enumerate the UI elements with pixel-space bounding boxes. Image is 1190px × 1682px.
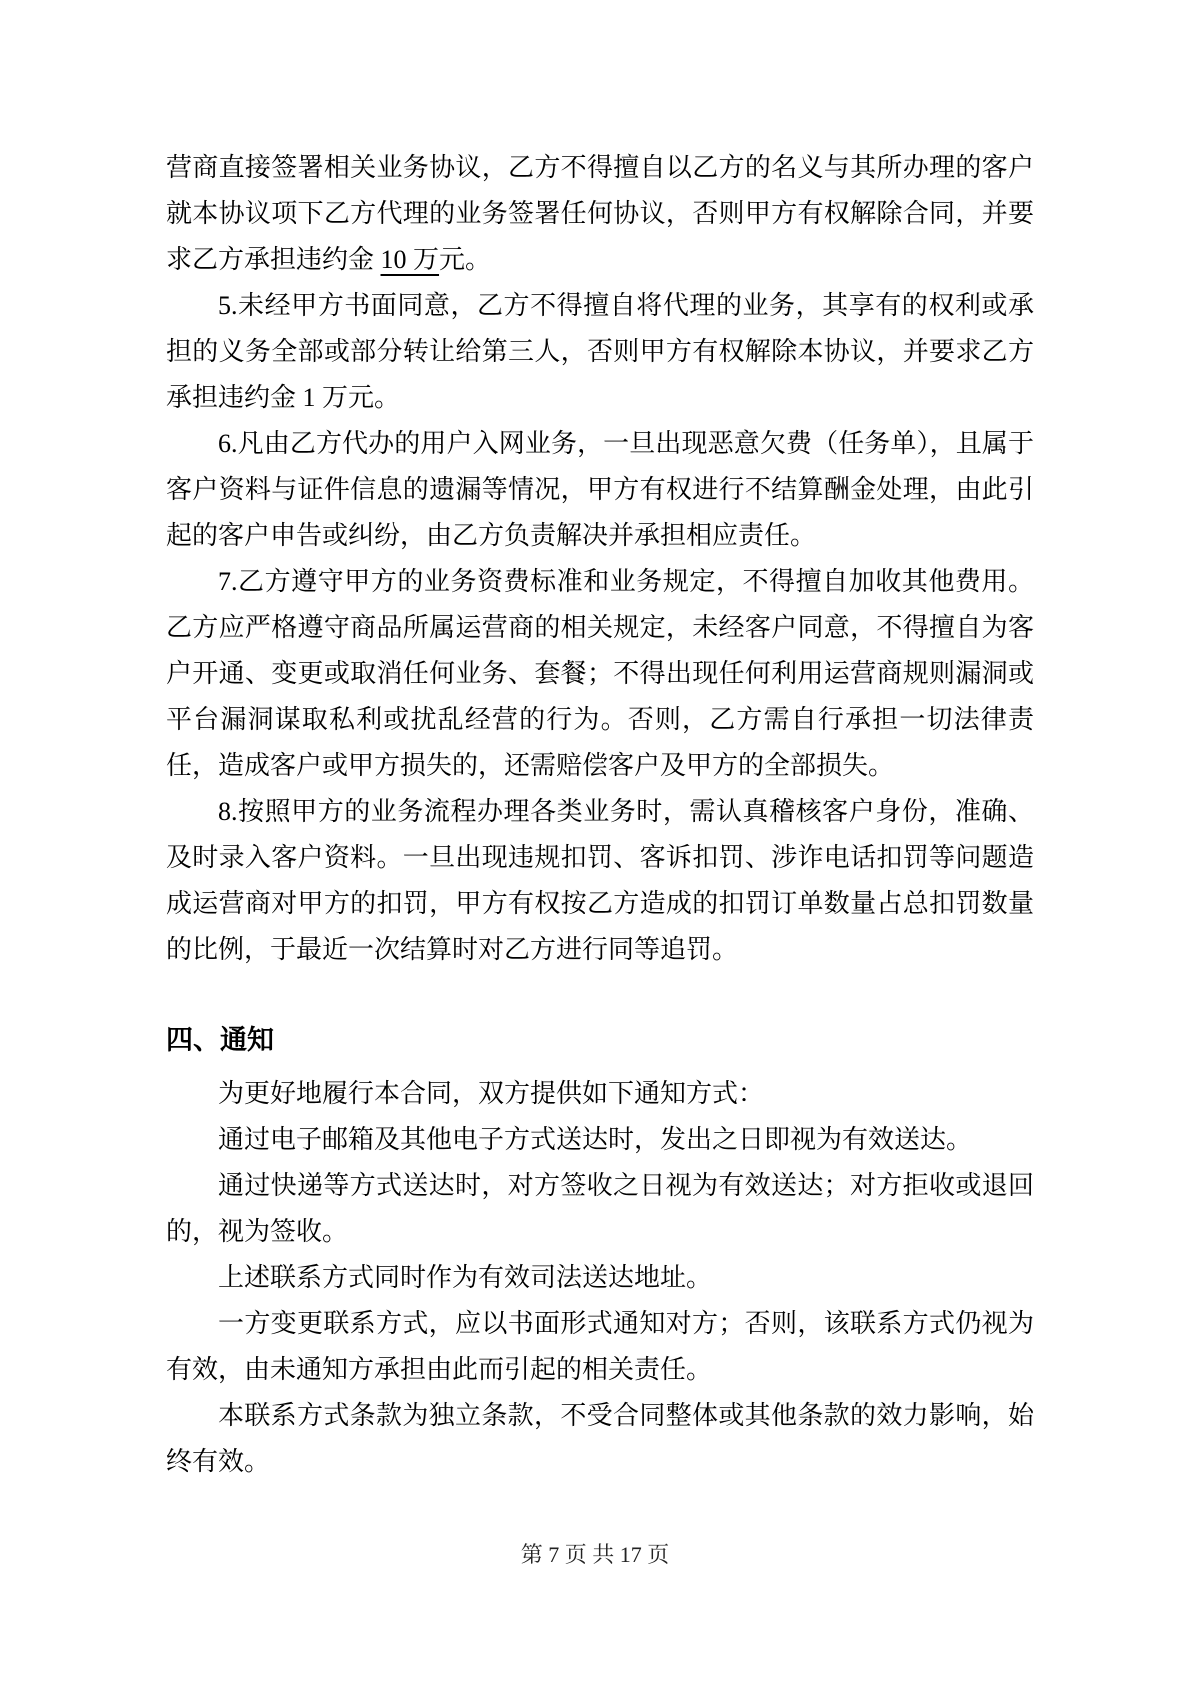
notice-paragraph-email: 通过电子邮箱及其他电子方式送达时，发出之日即视为有效送达。 (166, 1117, 1034, 1163)
notice-paragraph-courier: 通过快递等方式送达时，对方签收之日视为有效送达；对方拒收或退回的，视为签收。 (166, 1163, 1034, 1255)
section-heading-notice: 四、通知 (166, 1017, 1034, 1063)
clause-6: 6.凡由乙方代办的用户入网业务，一旦出现恶意欠费（任务单），且属于客户资料与证件… (166, 421, 1034, 559)
clause-7: 7.乙方遵守甲方的业务资费标准和业务规定，不得擅自加收其他费用。乙方应严格遵守商… (166, 559, 1034, 789)
paragraph-text-post: 元。 (439, 245, 491, 274)
notice-paragraph-judicial-address: 上述联系方式同时作为有效司法送达地址。 (166, 1255, 1034, 1301)
notice-paragraph-intro: 为更好地履行本合同，双方提供如下通知方式： (166, 1071, 1034, 1117)
contract-page: 营商直接签署相关业务协议，乙方不得擅自以乙方的名义与其所办理的客户就本协议项下乙… (0, 0, 1190, 1682)
paragraph-text-pre: 营商直接签署相关业务协议，乙方不得擅自以乙方的名义与其所办理的客户就本协议项下乙… (166, 153, 1034, 274)
page-footer: 第 7 页 共 17 页 (0, 1532, 1190, 1578)
continuation-paragraph: 营商直接签署相关业务协议，乙方不得擅自以乙方的名义与其所办理的客户就本协议项下乙… (166, 145, 1034, 283)
notice-paragraph-change-of-contact: 一方变更联系方式，应以书面形式通知对方；否则，该联系方式仍视为有效，由未通知方承… (166, 1301, 1034, 1393)
document-body: 营商直接签署相关业务协议，乙方不得擅自以乙方的名义与其所办理的客户就本协议项下乙… (166, 145, 1034, 1485)
page-number-label: 第 7 页 共 17 页 (521, 1542, 670, 1567)
clause-8: 8.按照甲方的业务流程办理各类业务时，需认真稽核客户身份，准确、及时录入客户资料… (166, 789, 1034, 973)
underlined-penalty-amount: 10 万 (381, 245, 440, 274)
notice-paragraph-independent-clause: 本联系方式条款为独立条款，不受合同整体或其他条款的效力影响，始终有效。 (166, 1393, 1034, 1485)
clause-5: 5.未经甲方书面同意，乙方不得擅自将代理的业务，其享有的权利或承担的义务全部或部… (166, 283, 1034, 421)
